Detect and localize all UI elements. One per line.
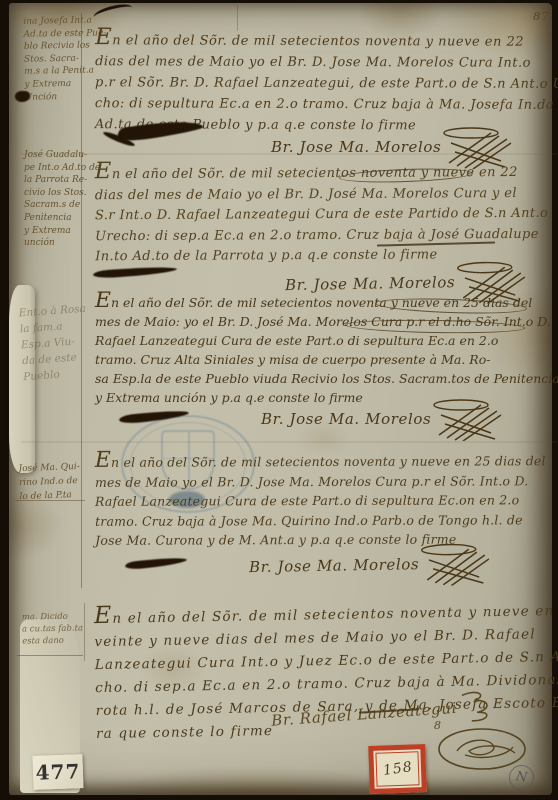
inventory-number: 477 [35, 759, 81, 785]
entry-line: Rafael Lanzeategui Cura de este Part.o d… [95, 331, 558, 350]
signature-rubric-icon [443, 125, 513, 169]
entry-line: cho: di sepultura Ec.a en 2.o tramo. Cru… [95, 93, 558, 116]
signature-morelos: Br. Jose Ma. Morelos [271, 138, 441, 156]
entry-line: En el año del Sõr. de mil setecientos no… [95, 451, 558, 472]
margin-note-line: José Guadalu- [24, 149, 100, 162]
folio-number: 87. [533, 9, 554, 23]
entry-line: tramo. Cruz Alta Siniales y misa de cuer… [95, 350, 558, 369]
entry-line: Urecho: di sep.a Ec.a en 2.o tramo. Cruz… [95, 224, 558, 247]
margin-note: José Ma. Qui- rino Ind.o de lo de la P.t… [18, 460, 81, 504]
burial-entry: En el año del Sõr. de mil setecientos no… [95, 163, 558, 268]
margin-note-line: lo de la P.ta [19, 488, 81, 504]
margin-note-line: Ad.ta de este Pue- [23, 27, 106, 41]
signature-morelos: Br. Jose Ma. Morelos [285, 273, 456, 294]
signature-morelos: Br. Jose Ma. Morelos [261, 410, 431, 428]
signature-morelos: Br. Jose Ma. Morelos [249, 555, 420, 576]
signature-rubric-icon [433, 397, 503, 441]
signature-lanzeategui: Br. Rafael Lanzeategui [271, 699, 458, 730]
signature-rubric-icon [421, 541, 492, 586]
catalog-number: 158 [382, 759, 414, 779]
entry-line: mes de Maio yo el Br. D. Jose Ma. Morelo… [95, 471, 558, 492]
margin-note-line: ma. Dicido [22, 610, 83, 623]
entry-line: Rafael Lanzeategui Cura de este Part.o d… [95, 490, 558, 511]
entry-line: sa Esp.la de este Pueblo viuda Recivio l… [95, 369, 558, 388]
scanned-manuscript-scene: 87. ina Josefa Int.a Ad.ta de este Pue- … [0, 0, 558, 800]
margin-rule [237, 5, 238, 31]
entry-line: dias del mes de Maio yo el Br. D. José M… [95, 183, 558, 206]
margin-note-line: y Extrema [24, 225, 100, 238]
pencil-mark-letter: N [515, 769, 528, 785]
signature-rubric-icon [457, 259, 528, 304]
margin-note-line: Sacram.s de [24, 199, 100, 212]
signature-row: Br. Jose Ma. Morelos [271, 125, 513, 169]
margin-note: Ent.o à Rosa la fam.a Esp.a Viu- da de e… [18, 301, 91, 385]
manuscript-page: 87. ina Josefa Int.a Ad.ta de este Pue- … [9, 3, 552, 795]
burial-entry: En el año del Sõr. de mil setecientos no… [95, 451, 558, 550]
margin-note: José Guadalu- pe Int.o Ad.to de la Parro… [24, 149, 100, 250]
inventory-label: 477 [32, 754, 83, 790]
margin-note-line: civio los Stos. [24, 187, 100, 200]
margin-note-line: unción [24, 237, 100, 250]
signature-row: Br. Jose Ma. Morelos [249, 541, 492, 589]
entry-line: S.r Int.o D. Rafael Lanzeategui Cura de … [95, 204, 558, 227]
catalog-label: 158 [368, 744, 427, 794]
margin-note-line: pe Int.o Ad.to de [24, 162, 100, 175]
entry-line: p.r el Sõr. Br. D. Rafael Lanzeategui, d… [95, 72, 558, 95]
margin-note-line: la Parrota Re- [24, 174, 100, 187]
margin-note-line: a cu.tas fab.ta [22, 622, 83, 635]
margin-rule [17, 655, 83, 656]
margin-rule [84, 603, 85, 661]
signature-rubric-icon [458, 687, 494, 725]
ink-smudge [125, 556, 187, 570]
paper-crease [21, 441, 557, 443]
catalog-label-frame: 158 [375, 751, 419, 786]
entry-line: dias del mes de Maio yo el Br. D. Jose M… [95, 51, 558, 74]
pencil-circled-mark: N [507, 763, 535, 791]
ink-smudge [92, 1, 134, 23]
signature-row: Br. Jose Ma. Morelos [261, 397, 503, 441]
margin-note-line: esta dano [22, 634, 83, 647]
burial-entry: En el año del Sõr. de mil setecientos no… [95, 30, 558, 137]
margin-note: ma. Dicido a cu.tas fab.ta esta dano [22, 610, 84, 647]
margin-note-line: Penitencia [24, 212, 100, 225]
entry-line: En el año del Sõr. de mil setecientos no… [95, 30, 558, 53]
entry-line: tramo. Cruz baja à Jose Ma. Quirino Ind.… [95, 510, 558, 531]
